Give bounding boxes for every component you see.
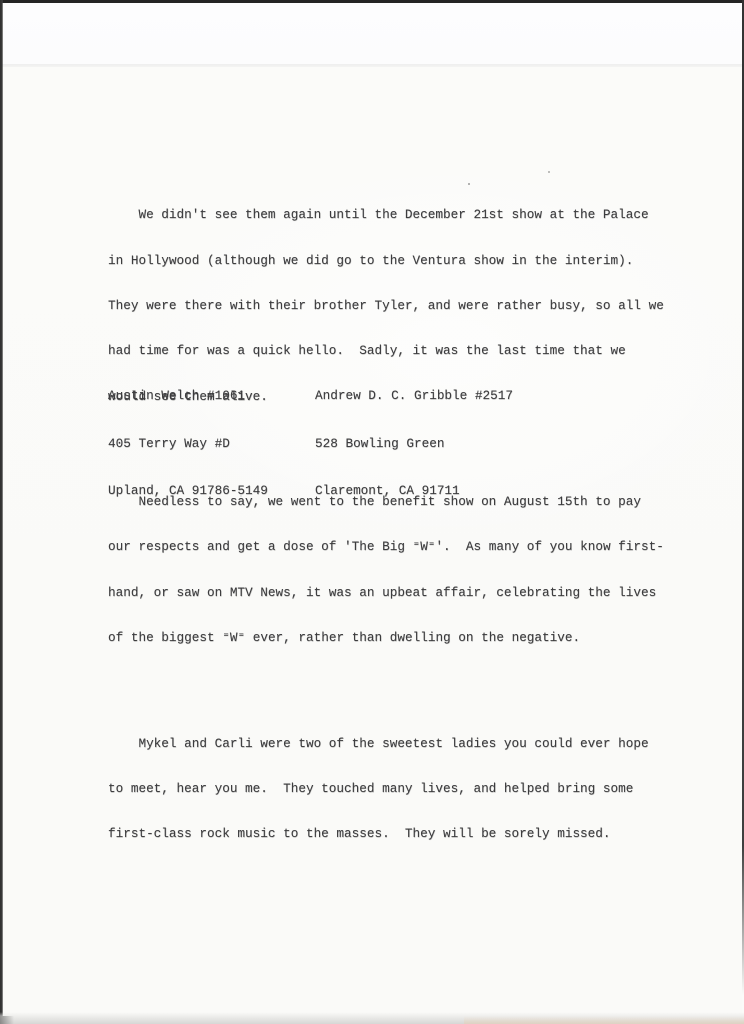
letter-line: hand, or saw on MTV News, it was an upbe… <box>108 585 664 600</box>
scan-corner-shadow <box>0 1016 14 1024</box>
letter-line: our respects and get a dose of 'The Big … <box>108 539 664 554</box>
letter-line: We didn't see them again until the Decem… <box>108 207 664 222</box>
letter-line: Mykel and Carli were two of the sweetest… <box>108 736 664 751</box>
address-line: Austin Welch #1061 <box>108 388 268 404</box>
contact-address-left: Austin Welch #1061 405 Terry Way #D Upla… <box>108 356 268 531</box>
address-line: 528 Bowling Green <box>315 436 513 452</box>
contact-address-right: Andrew D. C. Gribble #2517 528 Bowling G… <box>315 356 513 531</box>
address-line: Claremont, CA 91711 <box>315 483 513 499</box>
paper-edge-crease <box>0 64 744 67</box>
scan-speckle <box>240 495 242 497</box>
scan-bottom-warm-tint <box>464 1016 744 1024</box>
letter-line: They were there with their brother Tyler… <box>108 298 664 313</box>
address-line: Upland, CA 91786-5149 <box>108 483 268 499</box>
scan-speckle <box>548 171 550 173</box>
letter-paragraph: Mykel and Carli were two of the sweetest… <box>108 705 664 871</box>
scan-edge-left <box>0 0 3 1016</box>
scanned-letter-page: We didn't see them again until the Decem… <box>0 0 744 1024</box>
address-line: 405 Terry Way #D <box>108 436 268 452</box>
letter-line: of the biggest ⁼W⁼ ever, rather than dwe… <box>108 630 664 645</box>
letter-line: first-class rock music to the masses. Th… <box>108 826 664 841</box>
letter-line: to meet, hear you me. They touched many … <box>108 781 664 796</box>
address-line: Andrew D. C. Gribble #2517 <box>315 388 513 404</box>
scan-edge-top <box>0 0 744 3</box>
scan-bright-band <box>3 3 742 64</box>
letter-line: in Hollywood (although we did go to the … <box>108 253 664 268</box>
scan-speckle <box>468 183 470 185</box>
